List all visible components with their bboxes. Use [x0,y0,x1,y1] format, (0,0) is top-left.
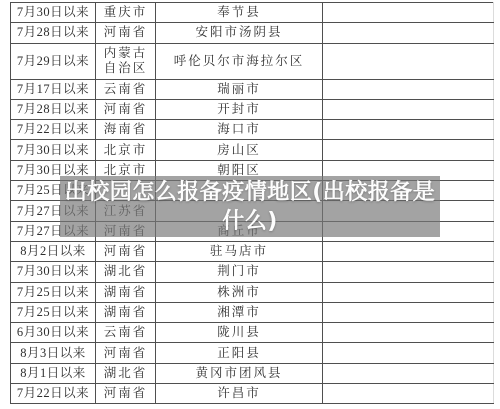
table-row: 6月30日以来云南省陇川县 [11,323,494,343]
table-row: 7月25日以来湖南省株洲市 [11,282,494,302]
province-cell: 河南省 [96,23,156,43]
city-cell: 驻马店市 [156,241,323,261]
table-row: 7月22日以来河南省许昌市 [11,384,494,404]
province-cell: 河南省 [96,99,156,119]
note-cell [323,23,494,43]
date-cell: 7月28日以来 [11,23,96,43]
overlay-title-line2: 什么) [222,207,278,236]
city-cell: 呼伦贝尔市海拉尔区 [156,43,323,79]
province-cell: 湖北省 [96,262,156,282]
city-cell: 开封市 [156,99,323,119]
date-cell: 7月29日以来 [11,43,96,79]
table-row: 7月17日以来云南省瑞丽市 [11,79,494,99]
table-row: 8月1日以来湖北省黄冈市团风县 [11,363,494,383]
city-cell: 株洲市 [156,282,323,302]
note-cell [323,282,494,302]
province-cell: 海南省 [96,120,156,140]
note-cell [323,79,494,99]
note-cell [323,99,494,119]
table-row: 8月3日以来河南省正阳县 [11,343,494,363]
date-cell: 7月17日以来 [11,79,96,99]
title-overlay: 出校园怎么报备疫情地区(出校报备是 什么) [60,176,440,237]
date-cell: 7月25日以来 [11,282,96,302]
province-cell: 河南省 [96,241,156,261]
province-cell: 重庆市 [96,3,156,23]
date-cell: 7月22日以来 [11,120,96,140]
page: 7月30日以来重庆市奉节县7月28日以来河南省安阳市汤阴县7月29日以来内蒙古自… [0,0,500,409]
date-cell: 8月2日以来 [11,241,96,261]
table-row: 8月2日以来河南省驻马店市 [11,241,494,261]
overlay-title-line1: 出校园怎么报备疫情地区(出校报备是 [65,178,436,207]
city-cell: 荆门市 [156,262,323,282]
province-cell: 北京市 [96,140,156,160]
province-cell: 湖南省 [96,282,156,302]
date-cell: 8月3日以来 [11,343,96,363]
province-cell: 河南省 [96,343,156,363]
city-cell: 安阳市汤阴县 [156,23,323,43]
note-cell [323,363,494,383]
city-cell: 陇川县 [156,323,323,343]
note-cell [323,262,494,282]
province-cell: 云南省 [96,79,156,99]
date-cell: 7月22日以来 [11,384,96,404]
note-cell [323,384,494,404]
city-cell: 黄冈市团风县 [156,363,323,383]
province-cell: 河南省 [96,384,156,404]
date-cell: 7月30日以来 [11,140,96,160]
table-row: 7月30日以来湖北省荆门市 [11,262,494,282]
date-cell: 6月30日以来 [11,323,96,343]
city-cell: 海口市 [156,120,323,140]
note-cell [323,43,494,79]
note-cell [323,3,494,23]
note-cell [323,241,494,261]
city-cell: 正阳县 [156,343,323,363]
city-cell: 房山区 [156,140,323,160]
province-cell: 湖北省 [96,363,156,383]
note-cell [323,120,494,140]
table-row: 7月28日以来河南省开封市 [11,99,494,119]
city-cell: 许昌市 [156,384,323,404]
date-cell: 7月28日以来 [11,99,96,119]
city-cell: 奉节县 [156,3,323,23]
date-cell: 7月25日以来 [11,302,96,322]
note-cell [323,140,494,160]
city-cell: 湘潭市 [156,302,323,322]
table-row: 7月30日以来北京市房山区 [11,140,494,160]
province-cell: 湖南省 [96,302,156,322]
table-row: 7月25日以来湖南省湘潭市 [11,302,494,322]
table-row: 7月28日以来河南省安阳市汤阴县 [11,23,494,43]
note-cell [323,302,494,322]
table-row: 7月22日以来海南省海口市 [11,120,494,140]
note-cell [323,343,494,363]
province-cell: 云南省 [96,323,156,343]
date-cell: 8月1日以来 [11,363,96,383]
province-cell: 内蒙古自治区 [96,43,156,79]
date-cell: 7月30日以来 [11,262,96,282]
date-cell: 7月30日以来 [11,3,96,23]
note-cell [323,323,494,343]
table-row: 7月29日以来内蒙古自治区呼伦贝尔市海拉尔区 [11,43,494,79]
city-cell: 瑞丽市 [156,79,323,99]
table-row: 7月30日以来重庆市奉节县 [11,3,494,23]
